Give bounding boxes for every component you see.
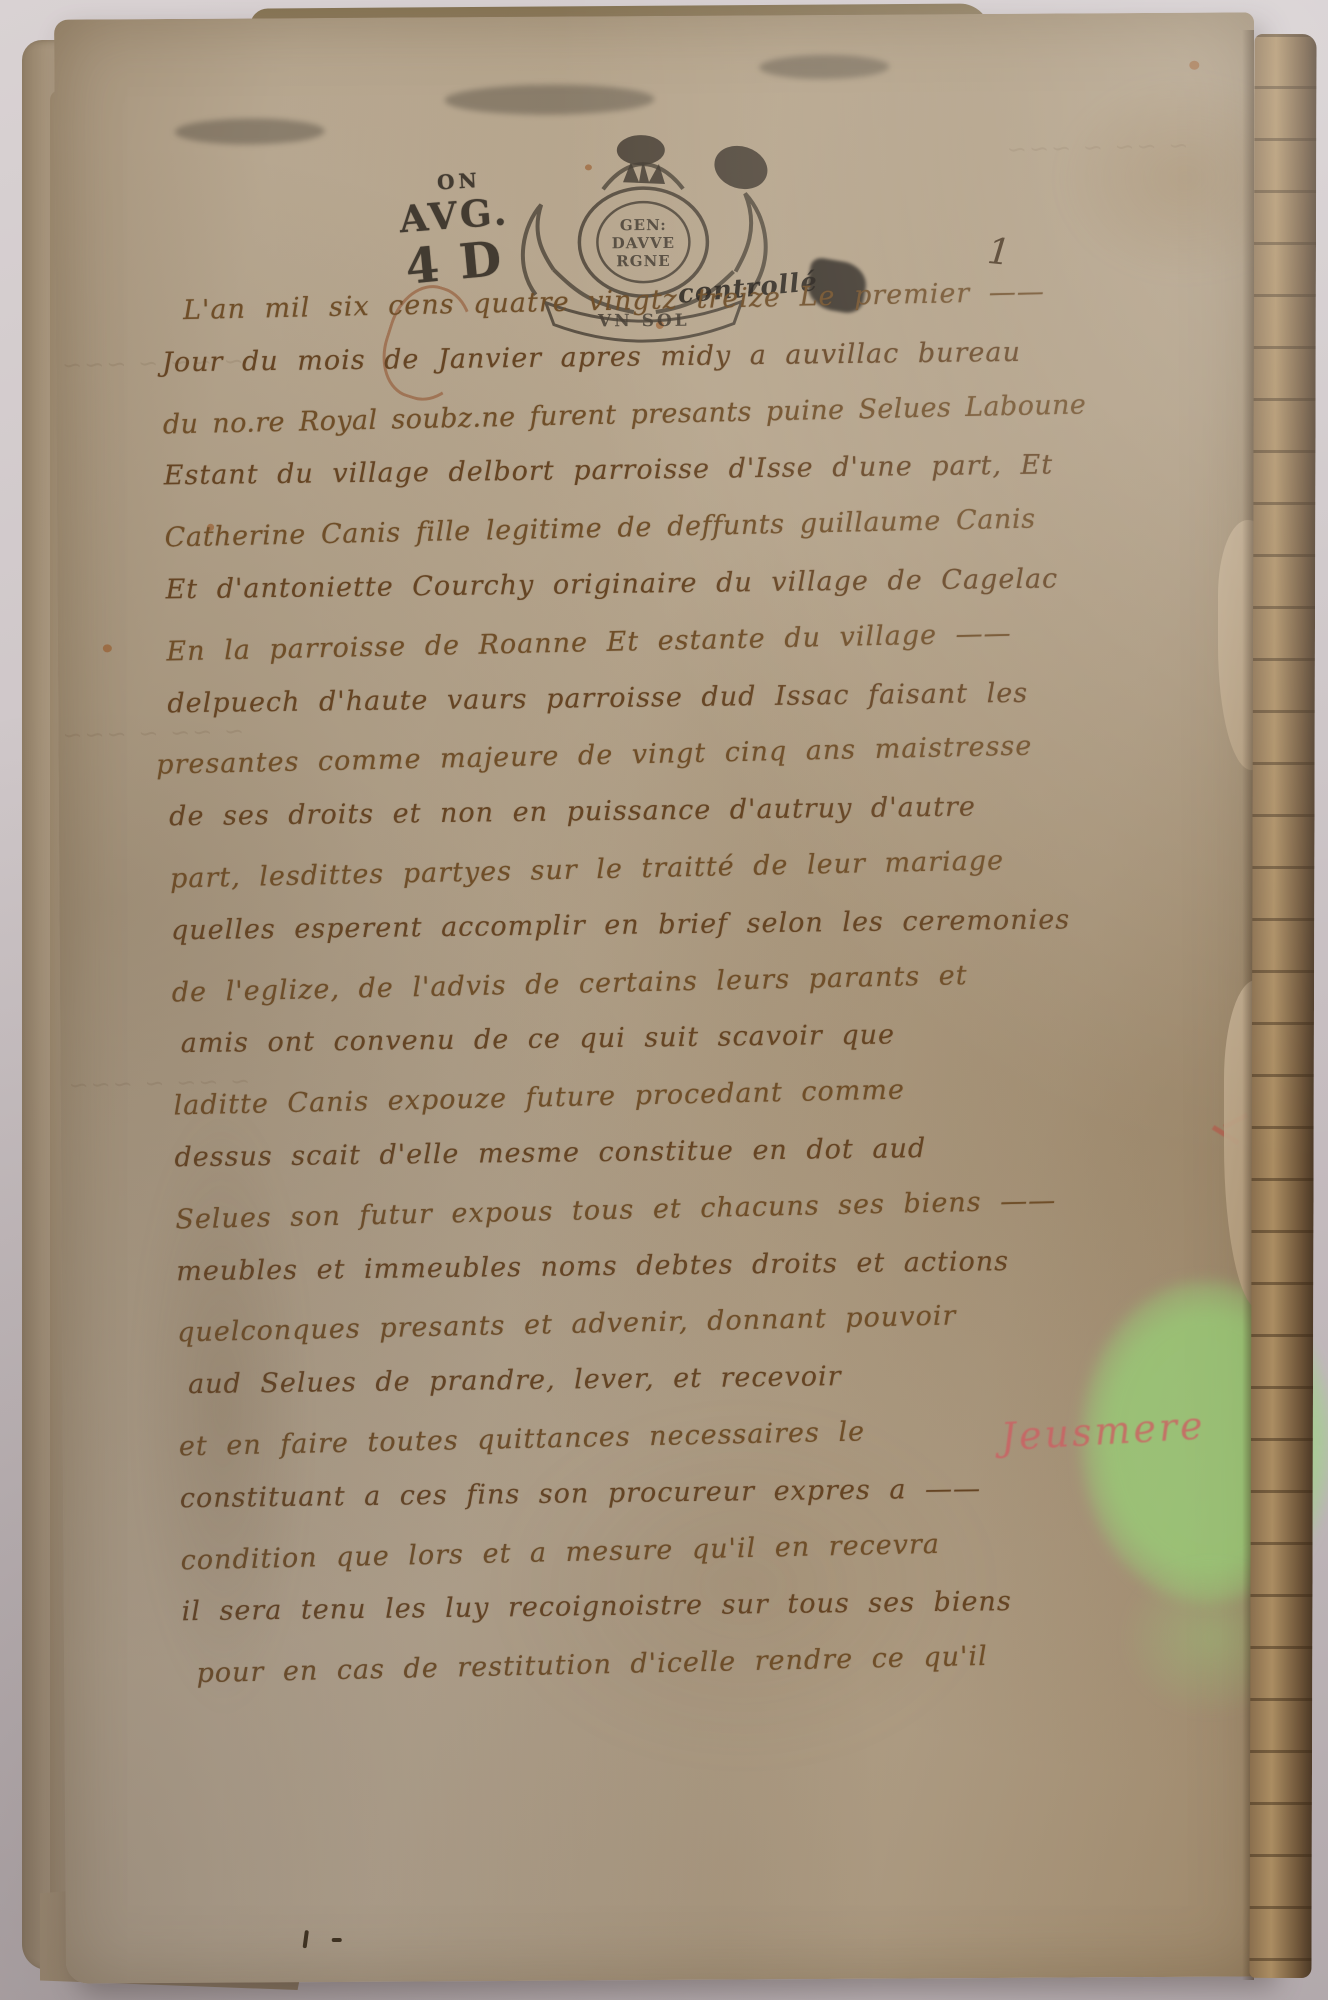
photo-backdrop: ~ ~~ ~ ~~~ ~ ~~ ~ ~~~ ~ ~~ ~ ~~~ ~ ~~ ~ …	[0, 0, 1328, 2000]
rust-spot	[103, 644, 112, 652]
rust-spot	[1189, 61, 1199, 70]
stamp-supporter-left-icon	[523, 205, 554, 295]
stamp-emblem-line1: GEN:	[620, 216, 667, 234]
ink-blob-right	[709, 139, 773, 195]
handwritten-text-block: L'an mil six cens quatre vingtz treize L…	[161, 275, 1263, 1712]
ink-mark	[303, 1930, 309, 1948]
ink-smudge-top-center	[444, 84, 654, 115]
stamp-emblem-line2: DAVVE	[612, 234, 675, 252]
ink-mark	[332, 1938, 342, 1942]
duty-stamp-on-text: ON	[436, 168, 481, 195]
page-number: 1	[985, 231, 1012, 274]
stamp-emblem-line3: RGNE	[616, 252, 671, 270]
manuscript-page: ~ ~~ ~ ~~~ ~ ~~ ~ ~~~ ~ ~~ ~ ~~~ ~ ~~ ~ …	[54, 12, 1266, 1983]
bleedthrough-ghost: ~ ~~ ~ ~~~	[1005, 131, 1189, 163]
ink-blob-crown	[617, 135, 665, 165]
bundle-fore-edge	[1249, 34, 1316, 1978]
ink-smudge-top-left	[175, 118, 325, 145]
ink-smudge-top	[759, 55, 889, 80]
